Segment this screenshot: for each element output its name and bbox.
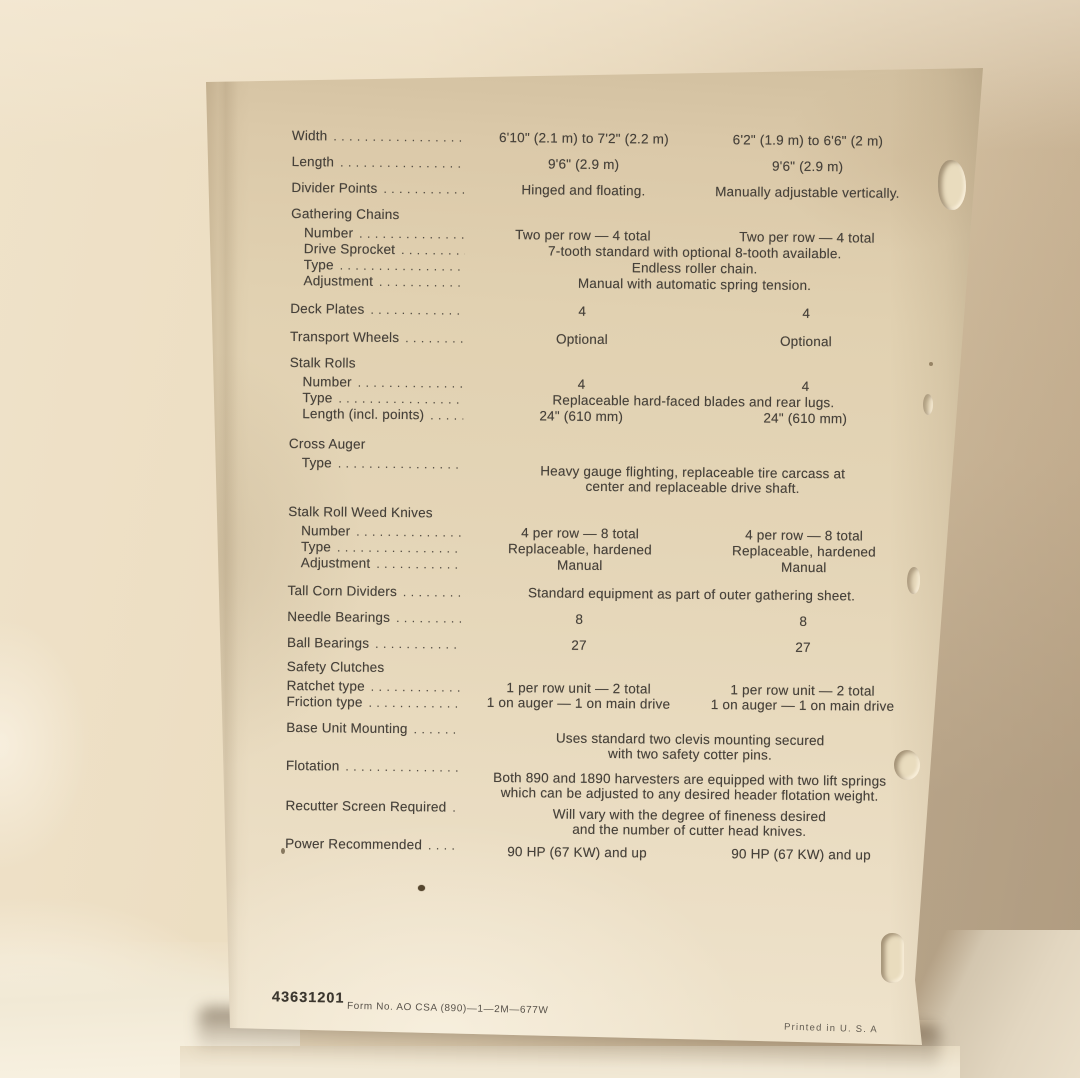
spec-values: Standard equipment as part of outer gath… xyxy=(467,585,915,605)
spec-label-wrap: Recutter Screen Required................… xyxy=(285,798,465,836)
spec-value: Manual with automatic spring tension. xyxy=(470,275,918,295)
spec-label-wrap: Length..................................… xyxy=(292,154,472,172)
leader-dots: ........................................… xyxy=(352,376,464,392)
leader-dots: ........................................… xyxy=(365,680,461,696)
spec-label-wrap: Needle Bearings.........................… xyxy=(287,609,467,627)
leader-dots: ........................................… xyxy=(364,303,464,319)
spec-row: Power Recommended.......................… xyxy=(285,836,913,863)
spec-label-wrap: Drive Sprocket..........................… xyxy=(291,241,471,259)
spec-values: OptionalOptional xyxy=(470,331,918,351)
spec-label-wrap: Base Unit Mounting......................… xyxy=(286,720,466,760)
leader-dots: ........................................… xyxy=(331,540,462,556)
spec-value: 6'2" (1.9 m) to 6'6" (2 m) xyxy=(696,132,920,150)
leader-dots: ........................................… xyxy=(424,408,463,423)
spec-value: 24" (610 mm) xyxy=(693,410,917,428)
spec-value: Optional xyxy=(694,333,918,351)
spec-label: Stalk Roll Weed Knives xyxy=(288,504,433,520)
spec-label-wrap: Adjustment..............................… xyxy=(290,273,470,291)
spec-label: Needle Bearings xyxy=(287,609,390,625)
spec-label: Tall Corn Dividers xyxy=(287,583,397,599)
spec-values: Heavy gauge flighting, replaceable tire … xyxy=(469,457,917,497)
spec-label: Transport Wheels xyxy=(290,329,399,345)
leader-dots: ........................................… xyxy=(377,182,465,198)
spec-label: Type xyxy=(289,455,332,470)
binder-notch xyxy=(907,567,920,594)
spec-value: 9'6" (2.9 m) xyxy=(472,156,696,174)
spec-label: Drive Sprocket xyxy=(291,241,395,257)
spec-value: 4 xyxy=(470,303,694,321)
spec-label: Length xyxy=(292,154,335,169)
photo-background: Width...................................… xyxy=(0,0,1080,1078)
spec-values: Uses standard two clevis mounting secure… xyxy=(466,722,914,764)
spec-label: Friction type xyxy=(286,694,362,710)
spec-label: Width xyxy=(292,128,328,143)
spec-value: 27 xyxy=(691,639,915,657)
spec-row: Tall Corn Dividers......................… xyxy=(287,583,915,605)
spec-row: Base Unit Mounting......................… xyxy=(286,720,914,764)
spec-label-wrap: Type....................................… xyxy=(291,257,471,275)
spec-section-header: Cross Auger xyxy=(289,436,917,457)
spec-value: Manually adjustable vertically. xyxy=(695,184,919,202)
spec-labels: Ratchet type............................… xyxy=(286,678,466,712)
spec-values: Manual with automatic spring tension. xyxy=(470,275,918,295)
spec-table: Width...................................… xyxy=(285,128,920,863)
spec-label-wrap: Flotation...............................… xyxy=(286,758,466,800)
spec-row: Deck Plates.............................… xyxy=(290,301,918,323)
spec-row: Recutter Screen Required................… xyxy=(285,798,913,840)
leader-dots: ........................................… xyxy=(422,838,459,853)
spec-value: Both 890 and 1890 harvesters are equippe… xyxy=(466,770,914,804)
leader-dots: ........................................… xyxy=(332,456,463,472)
leader-dots: ........................................… xyxy=(373,275,465,291)
form-number: Form No. AO CSA (890)—1—2M—677W xyxy=(347,1001,549,1017)
spec-label-wrap: Divider Points..........................… xyxy=(291,180,471,198)
spec-row: Width...................................… xyxy=(292,128,920,150)
spec-row: Ratchet type............................… xyxy=(286,678,914,716)
leader-dots: ........................................… xyxy=(390,611,461,627)
spec-values: 1 per row unit — 2 total1 on auger — 1 o… xyxy=(466,680,914,716)
leader-dots: ........................................… xyxy=(397,585,462,601)
spec-value: Will vary with the degree of fineness de… xyxy=(465,806,913,840)
spec-value: 90 HP (67 KW) and up xyxy=(465,844,689,861)
spec-values: Will vary with the degree of fineness de… xyxy=(465,800,913,840)
spec-values: 6'10" (2.1 m) to 7'2" (2.2 m)6'2" (1.9 m… xyxy=(472,130,920,150)
spec-label-wrap: Type....................................… xyxy=(288,539,468,557)
spec-values: 2727 xyxy=(467,637,915,657)
leader-dots: ........................................… xyxy=(395,243,465,259)
leader-dots: ........................................… xyxy=(334,155,466,171)
leader-dots: ........................................… xyxy=(332,391,463,407)
spec-value: 6'10" (2.1 m) to 7'2" (2.2 m) xyxy=(472,130,696,148)
part-number: 43631201 xyxy=(272,989,345,1006)
spec-label: Number xyxy=(288,523,350,539)
spec-section-header: Safety Clutches xyxy=(287,659,915,680)
spec-values: 44 xyxy=(470,303,918,323)
spec-label-line: Ratchet type............................… xyxy=(287,678,467,696)
spec-label: Number xyxy=(289,374,351,390)
spec-label-wrap: Adjustment..............................… xyxy=(288,555,468,573)
spec-value: 27 xyxy=(467,637,691,655)
spec-label: Length (incl. points) xyxy=(289,406,424,422)
spec-label: Recutter Screen Required xyxy=(285,798,446,815)
spec-value: Manual xyxy=(468,557,692,575)
spec-label: Safety Clutches xyxy=(287,659,385,675)
binder-notch xyxy=(923,394,933,415)
spec-label: Power Recommended xyxy=(285,836,422,852)
spec-label-wrap: Length (incl. points)...................… xyxy=(289,406,469,424)
spec-label-wrap: Transport Wheels........................… xyxy=(290,329,470,347)
spec-label-line: Friction type...........................… xyxy=(286,694,466,712)
spec-row: Flotation...............................… xyxy=(286,758,914,804)
spec-section-header: Stalk Rolls xyxy=(290,355,918,376)
leader-dots: ........................................… xyxy=(369,637,461,653)
spec-value-line: and the number of cutter head knives. xyxy=(465,821,913,840)
spec-label-wrap: Type....................................… xyxy=(289,390,469,408)
spec-row: Length..................................… xyxy=(292,154,920,176)
spec-label-wrap: Number..................................… xyxy=(288,523,468,541)
spec-label-wrap: Power Recommended.......................… xyxy=(285,836,465,859)
spec-value: 1 per row unit — 2 total1 on auger — 1 o… xyxy=(690,682,914,716)
spec-label: Adjustment xyxy=(288,555,371,571)
spec-values: 90 HP (67 KW) and up90 HP (67 KW) and up xyxy=(465,838,913,863)
spec-value: Manual xyxy=(692,559,916,577)
spec-values: Hinged and floating.Manually adjustable … xyxy=(471,182,919,202)
spec-value-line: 1 on auger — 1 on main drive xyxy=(690,697,914,714)
spec-row: Needle Bearings.........................… xyxy=(287,609,915,631)
spec-label-wrap: Width...................................… xyxy=(292,128,472,146)
spec-value: Uses standard two clevis mounting secure… xyxy=(466,730,914,764)
spec-label: Base Unit Mounting xyxy=(286,720,408,736)
spec-values: ManualManual xyxy=(468,557,916,577)
binder-notch xyxy=(938,160,966,210)
spec-label: Stalk Rolls xyxy=(290,355,356,371)
leader-dots: ........................................… xyxy=(408,722,461,738)
leader-dots: ........................................… xyxy=(446,801,459,816)
spec-label: Type xyxy=(289,390,332,405)
leader-dots: ........................................… xyxy=(334,258,465,274)
paper-speck xyxy=(281,848,285,854)
spec-label-wrap: Tall Corn Dividers......................… xyxy=(287,583,467,601)
leader-dots: ........................................… xyxy=(370,557,462,573)
spec-label: Type xyxy=(288,539,331,554)
spec-section-header: Stalk Roll Weed Knives xyxy=(288,504,916,525)
paper-speck xyxy=(929,362,933,366)
spec-value: Hinged and floating. xyxy=(471,182,695,200)
spec-label: Divider Points xyxy=(291,180,377,196)
spec-row: Divider Points..........................… xyxy=(291,180,919,202)
spec-row: Type....................................… xyxy=(289,455,917,497)
spec-label-wrap: Ball Bearings...........................… xyxy=(287,635,467,653)
spec-row: Transport Wheels........................… xyxy=(290,329,918,351)
spec-label: Adjustment xyxy=(290,273,373,289)
spec-row: Ball Bearings...........................… xyxy=(287,635,915,657)
spec-value-line: Manual with automatic spring tension. xyxy=(470,275,918,294)
spec-value: Optional xyxy=(470,331,694,349)
spec-value-line: center and replaceable drive shaft. xyxy=(469,478,917,497)
spec-label-wrap: Number..................................… xyxy=(289,374,469,392)
spec-values: Both 890 and 1890 harvesters are equippe… xyxy=(466,760,914,804)
spec-label: Flotation xyxy=(286,758,340,774)
binder-notch xyxy=(881,933,904,983)
leader-dots: ........................................… xyxy=(363,696,461,712)
spec-value-line: 1 on auger — 1 on main drive xyxy=(466,695,690,712)
spec-value: 8 xyxy=(691,613,915,631)
spec-value: 24" (610 mm) xyxy=(469,408,693,426)
spec-label-wrap: Number..................................… xyxy=(291,225,471,243)
spec-value-line: Standard equipment as part of outer gath… xyxy=(467,585,915,604)
spec-value: 8 xyxy=(467,611,691,629)
spec-label: Gathering Chains xyxy=(291,206,399,222)
spec-label: Deck Plates xyxy=(290,301,364,317)
spec-label: Cross Auger xyxy=(289,436,366,452)
spec-label-wrap: Deck Plates.............................… xyxy=(290,301,470,319)
spec-label: Type xyxy=(291,257,334,272)
spec-label: Ball Bearings xyxy=(287,635,369,651)
spec-content: Width...................................… xyxy=(285,128,920,863)
binder-notch xyxy=(894,750,920,780)
leader-dots: ........................................… xyxy=(339,759,460,775)
leader-dots: ........................................… xyxy=(353,227,465,243)
spec-value: 9'6" (2.9 m) xyxy=(696,158,920,176)
spec-section-header: Gathering Chains xyxy=(291,206,919,227)
spec-label: Ratchet type xyxy=(287,678,365,694)
paper-speck xyxy=(418,885,425,891)
spec-value: Heavy gauge flighting, replaceable tire … xyxy=(469,463,917,497)
spec-label: Number xyxy=(291,225,353,241)
leader-dots: ........................................… xyxy=(350,525,462,541)
spec-label-wrap: Type....................................… xyxy=(289,455,469,493)
spec-values: 9'6" (2.9 m)9'6" (2.9 m) xyxy=(472,156,920,176)
spec-value: Standard equipment as part of outer gath… xyxy=(467,585,915,605)
spec-value: 4 xyxy=(694,305,918,323)
spec-value: 1 per row unit — 2 total1 on auger — 1 o… xyxy=(466,680,690,714)
spec-values: 88 xyxy=(467,611,915,631)
spec-value: 90 HP (67 KW) and up xyxy=(689,846,913,863)
leader-dots: ........................................… xyxy=(399,331,464,347)
printed-in-usa: Printed in U. S. A xyxy=(784,1022,878,1036)
spec-values: 24" (610 mm)24" (610 mm) xyxy=(469,408,917,428)
document-page: Width...................................… xyxy=(202,62,992,1057)
leader-dots: ........................................… xyxy=(327,129,466,145)
